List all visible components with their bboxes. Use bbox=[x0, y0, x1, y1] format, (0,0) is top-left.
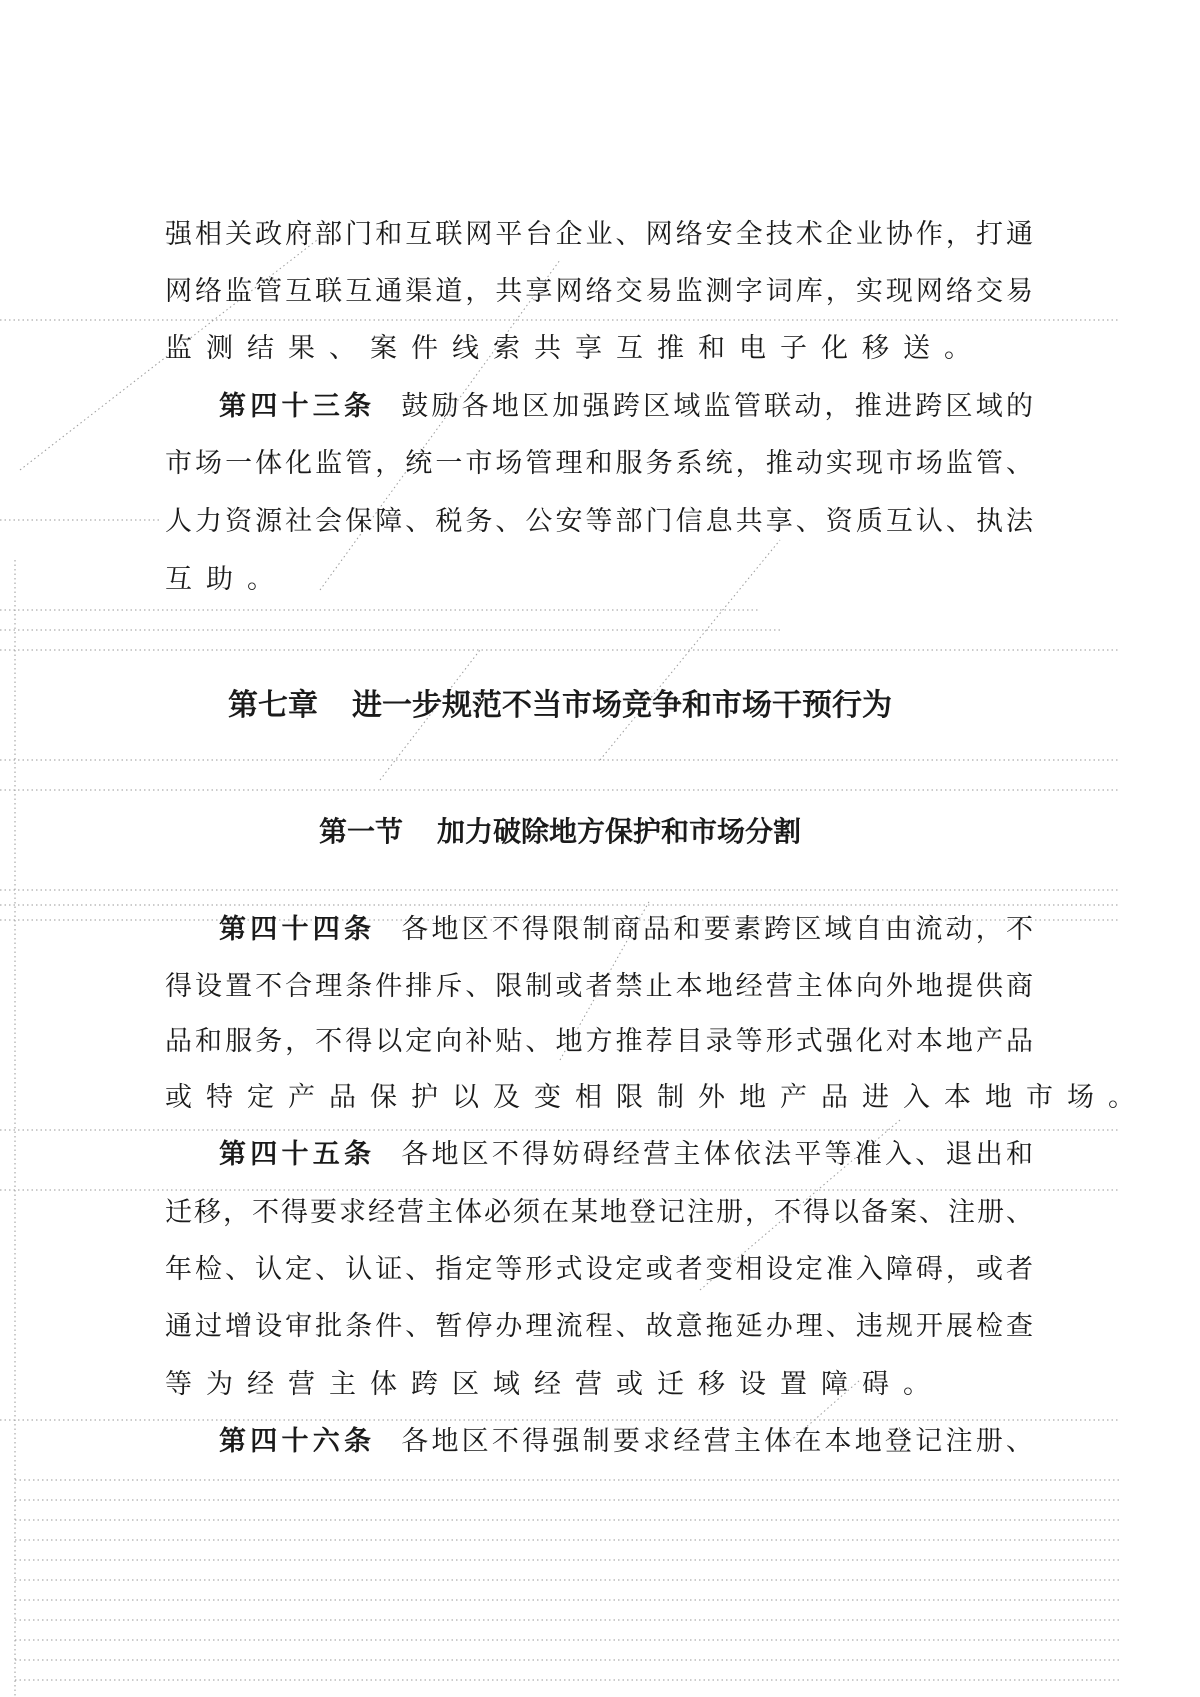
body-line: 强相关政府部门和互联网平台企业、网络安全技术企业协作，打通 bbox=[165, 215, 1033, 255]
chapter-title: 进一步规范不当市场竞争和市场干预行为 bbox=[352, 688, 892, 723]
article-text: 各地区不得限制商品和要素跨区域自由流动，不 bbox=[401, 914, 1033, 945]
chapter-heading: 第七章进一步规范不当市场竞争和市场干预行为 bbox=[0, 680, 1120, 724]
body-line: 通过增设审批条件、暂停办理流程、故意拖延办理、违规开展检查 bbox=[165, 1307, 1033, 1347]
body-line: 等为经营主体跨区域经营或迁移设置障碍。 bbox=[165, 1365, 1033, 1405]
section-title: 加力破除地方保护和市场分割 bbox=[437, 815, 801, 848]
body-line: 人力资源社会保障、税务、公安等部门信息共享、资质互认、执法 bbox=[165, 502, 1033, 542]
article-text: 各地区不得妨碍经营主体依法平等准入、退出和 bbox=[401, 1139, 1033, 1170]
section-heading: 第一节加力破除地方保护和市场分割 bbox=[0, 810, 1120, 850]
article-label: 第四十六条 bbox=[219, 1426, 375, 1457]
body-line: 市场一体化监管，统一市场管理和服务系统，推动实现市场监管、 bbox=[165, 444, 1033, 484]
section-number: 第一节 bbox=[319, 815, 403, 848]
chapter-number: 第七章 bbox=[228, 688, 318, 723]
article-label: 第四十三条 bbox=[219, 391, 375, 422]
body-line: 年检、认定、认证、指定等形式设定或者变相设定准入障碍，或者 bbox=[165, 1250, 1033, 1290]
article-label: 第四十四条 bbox=[219, 914, 375, 945]
body-line: 监测结果、案件线索共享互推和电子化移送。 bbox=[165, 329, 1033, 369]
body-line: 迁移，不得要求经营主体必须在某地登记注册，不得以备案、注册、 bbox=[165, 1193, 1033, 1233]
body-line: 或特定产品保护以及变相限制外地产品进入本地市场。 bbox=[165, 1078, 1033, 1118]
article-44-first-line: 第四十四条各地区不得限制商品和要素跨区域自由流动，不 bbox=[165, 910, 1033, 950]
article-43-first-line: 第四十三条鼓励各地区加强跨区域监管联动，推进跨区域的 bbox=[165, 387, 1033, 427]
body-line: 互助。 bbox=[165, 560, 1033, 600]
article-46-first-line: 第四十六条各地区不得强制要求经营主体在本地登记注册、 bbox=[165, 1422, 1033, 1462]
body-line: 得设置不合理条件排斥、限制或者禁止本地经营主体向外地提供商 bbox=[165, 967, 1033, 1007]
article-text: 各地区不得强制要求经营主体在本地登记注册、 bbox=[401, 1426, 1033, 1457]
article-text: 鼓励各地区加强跨区域监管联动，推进跨区域的 bbox=[401, 391, 1033, 422]
article-45-first-line: 第四十五条各地区不得妨碍经营主体依法平等准入、退出和 bbox=[165, 1135, 1033, 1175]
document-page: 强相关政府部门和互联网平台企业、网络安全技术企业协作，打通 网络监管互联互通渠道… bbox=[0, 0, 1120, 1697]
body-line: 品和服务，不得以定向补贴、地方推荐目录等形式强化对本地产品 bbox=[165, 1022, 1033, 1062]
body-line: 网络监管互联互通渠道，共享网络交易监测字词库，实现网络交易 bbox=[165, 272, 1033, 312]
article-label: 第四十五条 bbox=[219, 1139, 375, 1170]
